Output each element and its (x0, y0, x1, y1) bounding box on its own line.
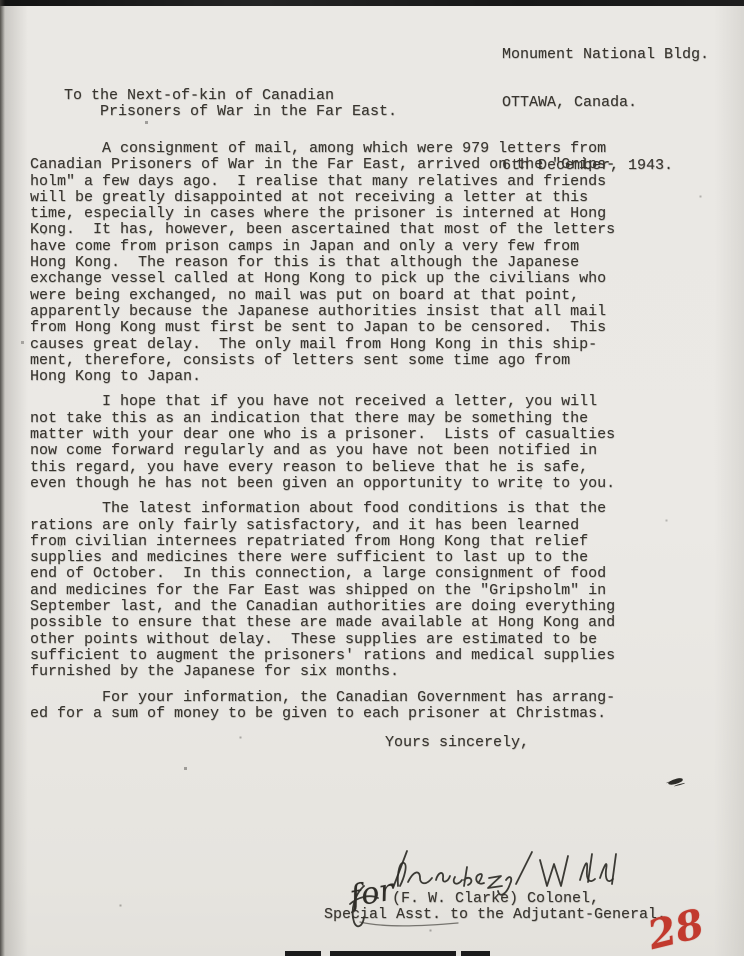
paragraph-2: I hope that if you have not received a l… (30, 394, 615, 492)
scan-artifact-bar (285, 951, 321, 956)
scan-artifact-bar (330, 951, 456, 956)
signature-typed-name: (F. W. Clarke) Colonel, (392, 891, 599, 907)
sender-city: OTTAWA, Canada. (502, 95, 709, 111)
paragraph-3: The latest information about food condit… (30, 501, 615, 680)
scan-artifact-bar (461, 951, 490, 956)
scan-edge-top (0, 0, 744, 6)
sender-building: Monument National Bldg. (502, 47, 709, 63)
paragraph-1: A consignment of mail, among which were … (30, 141, 615, 385)
scan-speckles (0, 0, 1, 1)
scan-edge-left (0, 0, 5, 956)
closing-valediction: Yours sincerely, (385, 735, 529, 751)
ink-smudge (668, 777, 684, 785)
paragraph-4: For your information, the Canadian Gover… (30, 690, 615, 723)
signature-typed-title: Special Asst. to the Adjutant-General. (324, 907, 666, 923)
scanned-letter-page: Monument National Bldg. OTTAWA, Canada. … (0, 0, 744, 956)
letter-body: A consignment of mail, among which were … (30, 141, 615, 731)
salutation: To the Next-of-kin of Canadian Prisoners… (64, 88, 397, 121)
